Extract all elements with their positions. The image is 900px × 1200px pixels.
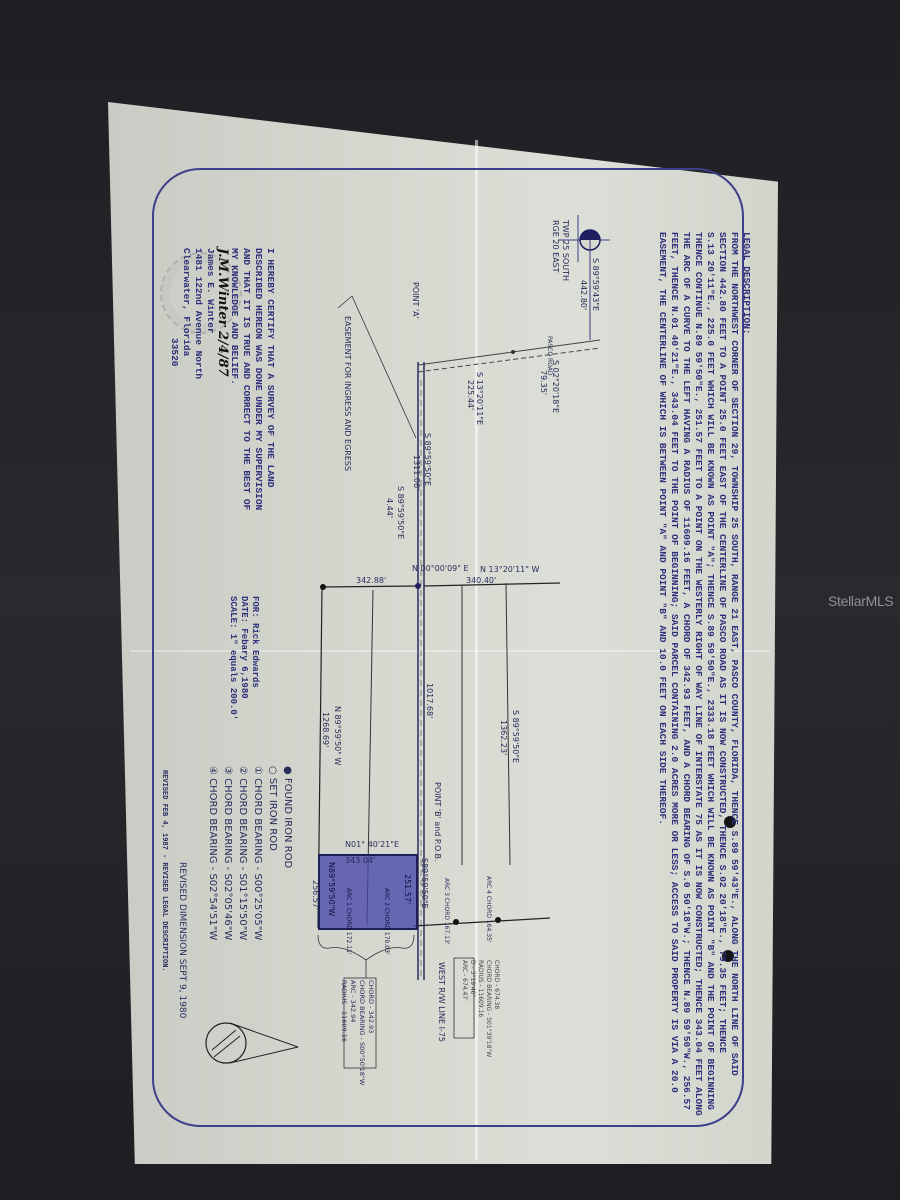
section-bearing: S 89°59'43"E [591,258,600,311]
watermark: StellarMLS [828,593,893,609]
revision-note: REVISED FEB 4, 1987 - REVISED LEGAL DESC… [160,770,168,972]
south-bearing: N 89°59'50" W [333,706,342,765]
curve-box-line: CHORD - 342.93 [366,980,375,1085]
road-distance-2: 225.44' [466,380,475,410]
surveyor-address: 1481 122nd Avenue North [192,248,204,510]
curve-box-line: CHORD BEARING - S00°50'18"W [357,980,366,1085]
legal-line: SECTION 442.80 FEET TO A POINT 25.0 FEET… [716,232,728,1116]
ne-distance: 340.40' [466,576,496,585]
signature: J.M.Winter 2/4/87 [216,248,228,510]
arc-3-label: ARC 3 CHORD 167.13' [443,878,450,945]
legend-item: ○ SET IRON ROD [265,766,280,940]
parcel-east: 251.57' [403,874,412,904]
arc-1-label: ARC 1 CHORD 172.11' [345,888,352,955]
parcel-north: 343.04' [345,856,375,865]
legal-line: THE ARC OF A CURVE TO THE LEFT HAVING A … [680,232,692,1116]
survey-for: FOR: Rick Edwards [249,596,260,720]
curve-box-line: RADIUS - 11609.16 [339,980,348,1085]
revised-dimension: REVISED DIMENSION SEPT 9, 1980 [177,862,187,1018]
road-bearing-2: S 13°20'11"E [475,372,484,425]
ne-bearing: N 13°20'11" W [480,565,539,574]
curve-box-line: ARC - 342.94 [348,980,357,1085]
range-label: RGE 20 EAST [551,220,560,273]
curve-box-1: CHORD - 342.93 CHORD BEARING - S00°50'18… [339,980,375,1085]
township-label: TWP 25 SOUTH [561,220,570,281]
legal-description: LEGAL DESCRIPTION: FROM THE NORTHWEST CO… [656,232,752,1116]
curve-box-line: CHORD BEARING - S01°39'18"W [484,960,492,1057]
easement-distance-3: 1017.68' [425,683,434,718]
legend: ● FOUND IRON ROD ○ SET IRON ROD ① CHORD … [205,766,295,940]
nw-distance: 342.88' [356,576,386,585]
legal-line: FEET, THENCE N.01 40'21"E., 343.04 FEET … [668,232,680,1116]
parcel-west-bearing: N01° 40'21"E [345,840,399,849]
legend-item: ① CHORD BEARING - S00°25'05"W [250,766,265,940]
legend-item: ● FOUND IRON ROD [280,766,295,940]
legal-heading: LEGAL DESCRIPTION: [740,232,752,1116]
parcel-east-bearing: S89°59'50"E [420,858,429,909]
easement-bearing-2: S 89°59'50"E [396,486,405,539]
easement-bearing-1: S 89°59'50"E [423,433,432,486]
easement-distance-2: 4.44' [385,498,394,518]
east-distance: 1362.23' [499,720,508,755]
legal-line: THENCE CONTINUE N.89 59'50"E., 251.57 FE… [692,232,704,1116]
survey-scale: SCALE: 1" equals 200.0' [227,596,238,720]
curve-box-2: CHORD - 674.38 CHORD BEARING - S01°39'18… [460,960,500,1057]
south-distance: 1268.69' [321,712,330,747]
north-arrow-icon [206,1023,246,1063]
surveyor-name: James E. Winter [204,248,216,510]
point-a-label: POINT 'A' [411,282,420,319]
curve-box-line: RADIUS - 11609.16 [476,960,484,1057]
cert-line: I HEREBY CERTIFY THAT A SURVEY OF THE LA… [264,248,276,510]
surveyor-city: Clearwater, Florida [180,248,192,510]
legend-item: ③ CHORD BEARING - S02°05'46"W [220,766,235,940]
certification-block: I HEREBY CERTIFY THAT A SURVEY OF THE LA… [168,248,276,510]
curve-box-line: CHORD - 674.38 [492,960,500,1057]
legal-line: EASEMENT, THE CENTERLINE OF WHICH IS BET… [656,232,668,1116]
cert-line: AND THAT IT IS TRUE AND CORRECT TO THE B… [240,248,252,510]
road-distance-1: 79.35' [539,370,548,395]
curve-box-line: ARC - 674.47' [460,960,468,1057]
section-distance: 442.80' [579,280,588,310]
arc-4-label: ARC 4 CHORD 164.35' [485,876,492,943]
cert-line: DESCRIBED HEREON WAS DONE UNDER MY SUPER… [252,248,264,510]
easement-label: EASEMENT FOR INGRESS AND EGRESS [343,316,352,471]
survey-info: FOR: Rick Edwards DATE: Febary 6,1980 SC… [227,596,260,720]
legal-line: S.13 20'11"E., 225.0 FEET WHICH WILL BE … [704,232,716,1116]
arc-2-label: ARC 2 CHORD 170.03' [383,888,390,955]
parcel-south-bearing: N89°59'50"W [327,862,336,916]
nw-bearing: N 00°00'09" E [412,564,469,573]
legal-line: FROM THE NORTHWEST CORNER OF SECTION 29,… [728,232,740,1116]
east-bearing: S 89°59'50"E [511,710,520,763]
surveyor-zip: 33520 [168,248,180,510]
curve-box-line: D - 3°19'46" [468,960,476,1057]
survey-drawing [0,0,900,1200]
point-b-label: POINT 'B' and P.O.B. [433,782,442,862]
legend-item: ② CHORD BEARING - S01°15'50"W [235,766,250,940]
row-line-label: WEST R/W LINE I-75 [437,962,446,1042]
legend-item: ④ CHORD BEARING - S02°54'51"W [205,766,220,940]
road-bearing-1: S 02°20'18"E [551,360,560,413]
parcel-south: 256.57' [311,880,320,910]
easement-distance-1: 1311.06' [412,455,421,490]
survey-date: DATE: Febary 6,1980 [238,596,249,720]
